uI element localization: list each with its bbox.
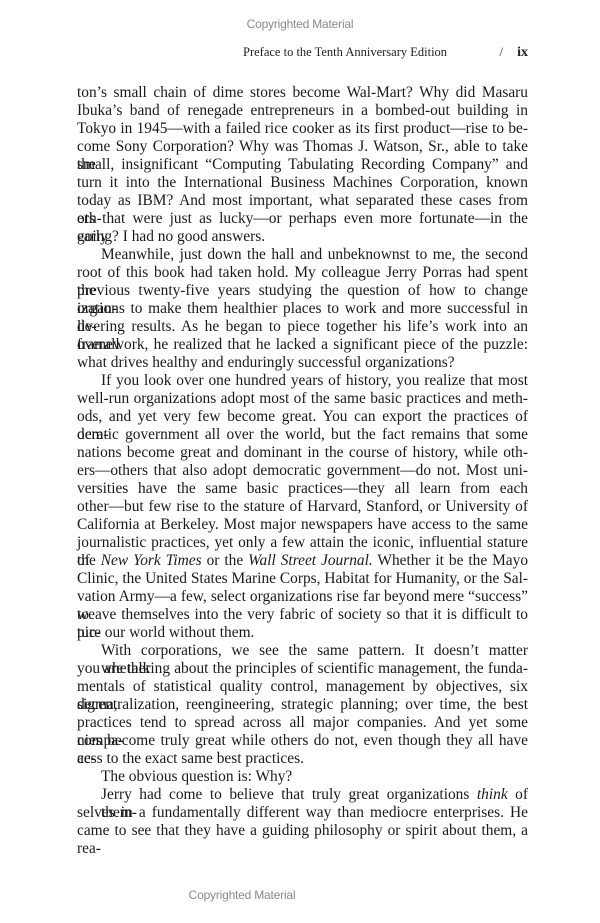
text-line: ture our world without them. xyxy=(77,624,528,642)
text-line: ton’s small chain of dime stores become … xyxy=(77,84,528,102)
text-segment: Whether it be the Mayo xyxy=(373,552,528,569)
running-head-separator: / xyxy=(499,44,503,60)
text-line: going? I had no good answers. xyxy=(77,228,528,246)
text-line: weave themselves into the very fabric of… xyxy=(77,606,528,624)
text-line: root of this book had taken hold. My col… xyxy=(77,264,528,282)
text-line: With corporations, we see the same patte… xyxy=(77,642,528,660)
text-line: small, insignificant “Computing Tabulati… xyxy=(77,156,528,174)
text-line: California at Berkeley. Most major newsp… xyxy=(77,516,528,534)
text-line: decentralization, reengineering, strateg… xyxy=(77,696,528,714)
body-text: ton’s small chain of dime stores become … xyxy=(77,84,528,840)
text-line-content: Tokyo in 1945—with a failed rice cooker … xyxy=(77,120,528,138)
text-line: you are talking about the principles of … xyxy=(77,660,528,678)
text-line: livering results. As he began to piece t… xyxy=(77,318,528,336)
italic-text: think xyxy=(477,786,508,803)
text-line: come Sony Corporation? Why was Thomas J.… xyxy=(77,138,528,156)
text-line: Clinic, the United States Marine Corps, … xyxy=(77,570,528,588)
text-line: mentals of statistical quality control, … xyxy=(77,678,528,696)
text-segment: or the xyxy=(202,552,249,569)
text-line-content: ture our world without them. xyxy=(77,624,528,642)
text-line-content: ers—others that also adopt democratic go… xyxy=(77,462,528,480)
text-line-content: nations become great and dominant in the… xyxy=(77,444,528,462)
text-line: versities have the same basic practices—… xyxy=(77,480,528,498)
page-number: ix xyxy=(517,45,528,61)
text-line: previous twenty-five years studying the … xyxy=(77,282,528,300)
text-line: If you look over one hundred years of hi… xyxy=(77,372,528,390)
text-line: The obvious question is: Why? xyxy=(77,768,528,786)
text-line: well-run organizations adopt most of the… xyxy=(77,390,528,408)
text-line-content: California at Berkeley. Most major newsp… xyxy=(77,516,528,534)
text-line: ocratic government all over the world, b… xyxy=(77,426,528,444)
text-line: nations become great and dominant in the… xyxy=(77,444,528,462)
text-line: the New York Times or the Wall Street Jo… xyxy=(77,552,528,570)
text-line-content: ton’s small chain of dime stores become … xyxy=(77,84,528,102)
text-line: selves in a fundamentally different way … xyxy=(77,804,528,822)
text-line: journalistic practices, yet only a few a… xyxy=(77,534,528,552)
text-line-content: decentralization, reengineering, strateg… xyxy=(77,696,528,714)
italic-text: Wall Street Journal. xyxy=(248,552,373,569)
text-line-content: Clinic, the United States Marine Corps, … xyxy=(77,570,528,588)
text-line: Ibuka’s band of renegade entrepreneurs i… xyxy=(77,102,528,120)
text-line: ers—others that also adopt democratic go… xyxy=(77,462,528,480)
text-line-content: turn it into the International Business … xyxy=(77,174,528,192)
text-line-content: Meanwhile, just down the hall and unbekn… xyxy=(101,246,528,264)
text-line: turn it into the International Business … xyxy=(77,174,528,192)
text-line: nies become truly great while others do … xyxy=(77,732,528,750)
text-segment: the xyxy=(77,552,101,569)
text-line: izations to make them healthier places t… xyxy=(77,300,528,318)
text-line: ods, and yet very few become great. You … xyxy=(77,408,528,426)
running-head: Preface to the Tenth Anniversary Edition… xyxy=(243,44,528,61)
running-head-title: Preface to the Tenth Anniversary Edition xyxy=(243,45,485,60)
text-line-content: Ibuka’s band of renegade entrepreneurs i… xyxy=(77,102,528,120)
text-line-content: versities have the same basic practices—… xyxy=(77,480,528,498)
text-line-content: you are talking about the principles of … xyxy=(77,660,528,678)
text-line-content: what drives healthy and enduringly succe… xyxy=(77,354,528,372)
text-line-content: small, insignificant “Computing Tabulati… xyxy=(77,156,528,174)
text-line: Jerry had come to believe that truly gre… xyxy=(77,786,528,804)
text-line-content: other—but few rise to the stature of Har… xyxy=(77,498,528,516)
text-line: other—but few rise to the stature of Har… xyxy=(77,498,528,516)
text-line: framework, he realized that he lacked a … xyxy=(77,336,528,354)
text-line: Tokyo in 1945—with a failed rice cooker … xyxy=(77,120,528,138)
text-line: vation Army—a few, select organizations … xyxy=(77,588,528,606)
text-line-content: selves in a fundamentally different way … xyxy=(77,804,528,822)
text-line-content: going? I had no good answers. xyxy=(77,228,528,246)
text-line-content: framework, he realized that he lacked a … xyxy=(77,336,528,354)
text-line: what drives healthy and enduringly succe… xyxy=(77,354,528,372)
text-line-content: came to see that they have a guiding phi… xyxy=(77,822,528,858)
text-line-content: ocratic government all over the world, b… xyxy=(77,426,528,444)
text-line: came to see that they have a guiding phi… xyxy=(77,822,528,840)
text-line: today as IBM? And most important, what s… xyxy=(77,192,528,210)
text-line-content: well-run organizations adopt most of the… xyxy=(77,390,528,408)
text-line-content: The obvious question is: Why? xyxy=(101,768,528,786)
text-line-content: cess to the exact same best practices. xyxy=(77,750,528,768)
text-segment: Jerry had come to believe that truly gre… xyxy=(101,786,477,803)
text-line: practices tend to spread across all majo… xyxy=(77,714,528,732)
text-line-content: If you look over one hundred years of hi… xyxy=(101,372,528,390)
copyright-watermark-top: Copyrighted Material xyxy=(0,17,600,31)
text-line: Meanwhile, just down the hall and unbekn… xyxy=(77,246,528,264)
text-line: cess to the exact same best practices. xyxy=(77,750,528,768)
text-line: ers that were just as lucky—or perhaps e… xyxy=(77,210,528,228)
italic-text: New York Times xyxy=(101,552,202,569)
text-line-content: the New York Times or the Wall Street Jo… xyxy=(77,552,528,570)
copyright-watermark-bottom: Copyrighted Material xyxy=(0,888,542,902)
